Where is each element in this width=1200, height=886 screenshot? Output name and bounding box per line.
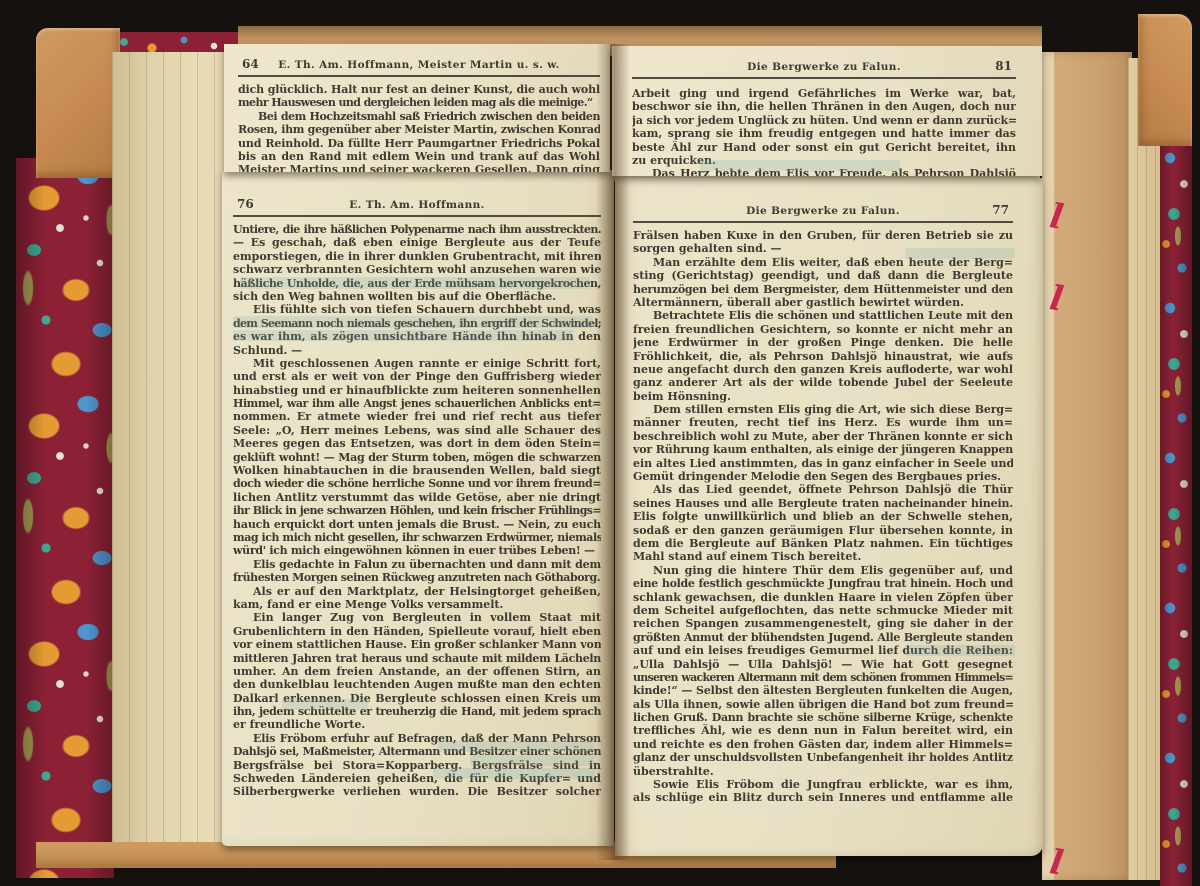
text-line: neue angefacht durch den ganzen Kreis au… <box>633 363 1013 376</box>
show-through-mark <box>700 160 900 171</box>
text-line: schlank gewachsen, die dunklen Haare in … <box>633 591 1013 604</box>
text-line: Als er auf den Marktplatz, der Helsingto… <box>233 585 601 598</box>
text-line: herumzögen bei dem Bergmeister, dem Hütt… <box>633 283 1013 296</box>
show-through-mark <box>905 248 1015 259</box>
upper-leaf-right: Die Bergwerke zu Falun. 81 Arbeit ging u… <box>612 46 1042 176</box>
running-header-right: Die Bergwerke zu Falun. 77 <box>633 202 1013 223</box>
running-header-upper-right: Die Bergwerke zu Falun. 81 <box>632 58 1016 79</box>
text-line: beschwor sie ihn, die hellen Thränen in … <box>632 100 1016 113</box>
running-title: E. Th. Am. Hoffmann. <box>233 199 601 211</box>
text-line: beste Ähl zur Hand oder sonst ein gut Ge… <box>632 141 1016 154</box>
text-line: schwarz verbrannten Gesichtern wohl anzu… <box>233 263 601 276</box>
text-line: Bei dem Hochzeitsmahl saß Friedrich zwis… <box>238 110 600 123</box>
show-through-mark <box>438 741 595 752</box>
text-line: lichen Gruß. Dann brachte sie schöne sil… <box>633 711 1013 724</box>
running-header-upper-left: 64 E. Th. Am. Hoffmann, Meister Martin u… <box>238 56 600 77</box>
text-line: umher. An dem freien Anstande, an der of… <box>233 665 601 678</box>
text-line: jene Erdwürmer in der großen Pinge denke… <box>633 336 1013 349</box>
text-line: frühesten Morgen seinen Rückweg anzutret… <box>233 571 601 584</box>
text-line: vor einem stattlichen Hause. Ein großer … <box>233 638 601 651</box>
text-line: bis an den Rand mit edlem Wein und trank… <box>238 150 600 163</box>
text-line: Untiere, die ihre häßlichen Polypenarme … <box>233 223 601 236</box>
text-line: Sowie Elis Fröbom die Jungfrau erblickte… <box>633 778 1013 791</box>
text-line: sodaß er den ganzen geräumigen Flur über… <box>633 524 1013 537</box>
text-line: sich den Weg bahnen wollten bis auf die … <box>233 290 601 303</box>
text-line: den dunkelblau leuchtenden Augen mußte m… <box>233 678 601 691</box>
text-line: Silberbergwerke verliehen wurden. Die Be… <box>233 785 601 798</box>
text-line: hinabstieg und er hinaufblickte zum heit… <box>233 384 601 397</box>
leather-corner-top-left <box>36 28 120 178</box>
text-line: ein altes Lied anstimmten, das in ganz e… <box>633 457 1013 470</box>
book-photograph: 76 E. Th. Am. Hoffmann. Untiere, die ihr… <box>0 0 1200 886</box>
text-line: Frälsen haben Kuxe in den Gruben, für de… <box>633 229 1013 242</box>
text-line: eine holde festlich geschmückte Jungfrau… <box>633 577 1013 590</box>
text-line: und erst als er weit von der Pinge den G… <box>233 370 601 383</box>
text-line: Himmel, war ihm alle Angst jenes schauer… <box>233 397 601 410</box>
text-line: vor Rührung kaum enthalten, als einige d… <box>633 443 1013 456</box>
text-line: kam, fand er eine Menge Volks versammelt… <box>233 598 601 611</box>
upper-leaf-left: 64 E. Th. Am. Hoffmann, Meister Martin u… <box>224 44 610 172</box>
text-line: dem Scheitel aufgeflochten, das nette sc… <box>633 604 1013 617</box>
text-line: und reichte es den frohen Gästen dar, in… <box>633 738 1013 751</box>
text-line: Dem stillen ernsten Elis ging die Art, w… <box>633 403 1013 416</box>
text-line: Gemüt dringender Melodie den Segen des B… <box>633 470 1013 483</box>
text-line: seines Hauses und alle Bergleute traten … <box>633 497 1013 510</box>
show-through-mark <box>282 699 368 710</box>
text-line: Elis fühlte sich von tiefen Schauern dur… <box>233 303 601 316</box>
text-line: mittleren Jahren trat heraus und schaute… <box>233 652 601 665</box>
text-line: Elis folgte unwillkürlich und blieb an d… <box>633 510 1013 523</box>
text-line: sting (Gerichtstag) geendigt, und daß da… <box>633 269 1013 282</box>
text-line: und Reinhold. Da füllte Herr Paumgartner… <box>238 137 600 150</box>
page-number: 81 <box>995 59 1012 73</box>
text-line: hauch erquickt dort unten jemals die Bru… <box>233 518 601 531</box>
gutter-shadow <box>596 44 630 860</box>
text-line: geklüft wohnt! — Mag der Sturm toben, mö… <box>233 451 601 464</box>
text-line: größten Anmut der blühendsten Jugend. Al… <box>633 631 1013 644</box>
running-title: Die Bergwerke zu Falun. <box>633 205 1013 217</box>
text-line: reichen Spangen zusammengenestelt, ging … <box>633 617 1013 630</box>
text-line: Nun ging die hintere Thür dem Elis gegen… <box>633 564 1013 577</box>
text-line: würd' ich mich eingewöhnen können in eue… <box>233 544 601 557</box>
show-through-mark <box>233 316 593 328</box>
running-title: Die Bergwerke zu Falun. <box>632 61 1016 73</box>
show-through-mark <box>233 330 573 341</box>
text-line: Mahl stand auf einem Tisch bereitet. <box>633 550 1013 563</box>
marbled-cover-right-edge <box>1160 140 1192 886</box>
running-title: E. Th. Am. Hoffmann, Meister Martin u. s… <box>238 59 600 71</box>
show-through-mark <box>433 768 595 779</box>
text-line: „Ulla Dahlsjö — Ulla Dahlsjö! — Wie hat … <box>633 658 1013 671</box>
text-line: Fröhlichkeit, die, als Pehrson Dahlsjö h… <box>633 350 1013 363</box>
text-line: Meeres gegen das Entsetzen, was dort in … <box>233 437 601 450</box>
text-line: ja sich vor jedem Unglück zu hüten. Und … <box>632 114 1016 127</box>
show-through-mark <box>905 645 1015 656</box>
book-page-right: Die Bergwerke zu Falun. 77 Frälsen haben… <box>615 178 1043 856</box>
text-line: mag ich mich nicht gesellen, ihr schwarz… <box>233 531 601 544</box>
marbled-cover-left-edge <box>16 158 114 878</box>
text-line: Mit geschlossenen Augen rannte er einige… <box>233 357 601 370</box>
text-line: Meister Martins und seiner wackeren Gese… <box>238 163 600 172</box>
text-line: kinde!“ — Selbst den ältesten Bergleuten… <box>633 684 1013 697</box>
text-line: Ein langer Zug von Bergleuten in vollem … <box>233 611 601 624</box>
text-line: ihr Blick in jene schwarzen Höhlen, und … <box>233 504 601 517</box>
show-through-mark <box>240 277 590 289</box>
text-line: Grubenlichtern in den Händen, Spielleute… <box>233 625 601 638</box>
text-line: doch wieder die schöne herrliche Sonne u… <box>233 477 601 490</box>
text-line: kam, sprang sie ihm freudig entgegen und… <box>632 127 1016 140</box>
text-line: Betrachtete Elis die schönen und stattli… <box>633 309 1013 322</box>
text-line: beim Hönsning. <box>633 390 1013 403</box>
text-line: Elis gedachte in Falun zu übernachten un… <box>233 558 601 571</box>
text-line: er freundliche Worte. <box>233 718 601 731</box>
page-text-block: Untiere, die ihre häßlichen Polypenarme … <box>233 223 601 799</box>
text-line: dem die Bergleute auf Bänken Platz nahme… <box>633 537 1013 550</box>
page-text-block: dich glücklich. Halt nur fest an deiner … <box>238 83 600 172</box>
text-line: glanz der unschuldsvollsten Unbefangenhe… <box>633 751 1013 764</box>
text-line: Arbeit ging und irgend Gefährliches im W… <box>632 87 1016 100</box>
text-line: ganz anderer Art als der wilde tobende J… <box>633 376 1013 389</box>
leather-corner-top-right <box>1138 14 1192 146</box>
text-line: unseren wackeren Altermann mit dem schön… <box>633 671 1013 684</box>
page-text-block: Frälsen haben Kuxe in den Gruben, für de… <box>633 229 1013 805</box>
text-line: dich glücklich. Halt nur fest an deiner … <box>238 83 600 96</box>
text-line: als schlüge ein Blitz durch sein Inneres… <box>633 791 1013 804</box>
text-line: Seele: „O, Herr meines Lebens, was sind … <box>233 424 601 437</box>
text-line: freien freundlichen Gesichtern, so konnt… <box>633 323 1013 336</box>
text-line: nommen. Er atmete wieder frei und rief r… <box>233 410 601 423</box>
running-header-left: 76 E. Th. Am. Hoffmann. <box>233 196 601 217</box>
kraft-paper-page-right <box>1042 52 1132 880</box>
text-line: Schlund. — <box>233 344 601 357</box>
text-line: beschreiblich wohl zu Mute, aber der Thr… <box>633 430 1013 443</box>
text-line: emporstiegen, die in ihrer dunklen Grube… <box>233 250 601 263</box>
text-line: männer freuten, recht tief ins Herz. Es … <box>633 416 1013 429</box>
text-line: als Ulla ihnen, sowie allen übrigen die … <box>633 698 1013 711</box>
text-line: Altermännern, überall aber gastlich bewi… <box>633 296 1013 309</box>
text-line: — Es geschah, daß eben einige Bergleute … <box>233 236 601 249</box>
text-line: lichen Antlitz verstummt das wilde Getös… <box>233 491 601 504</box>
text-line: Wolken hinabtauchen in die brausenden We… <box>233 464 601 477</box>
text-line: überstrahlte. <box>633 765 1013 778</box>
page-number: 77 <box>992 203 1009 217</box>
text-line: mehr Hauswesen und dergleichen leiden ma… <box>238 96 600 109</box>
text-line: Als das Lied geendet, öffnete Pehrson Da… <box>633 483 1013 496</box>
text-line: treffliches Ähl, wie es denn nun in Falu… <box>633 724 1013 737</box>
page-edges-stack-right <box>1128 58 1162 880</box>
text-line: Rosen, ihm gegenüber aber Meister Martin… <box>238 123 600 136</box>
show-through-mark <box>470 755 595 766</box>
page-edges-stack-left <box>112 52 234 862</box>
